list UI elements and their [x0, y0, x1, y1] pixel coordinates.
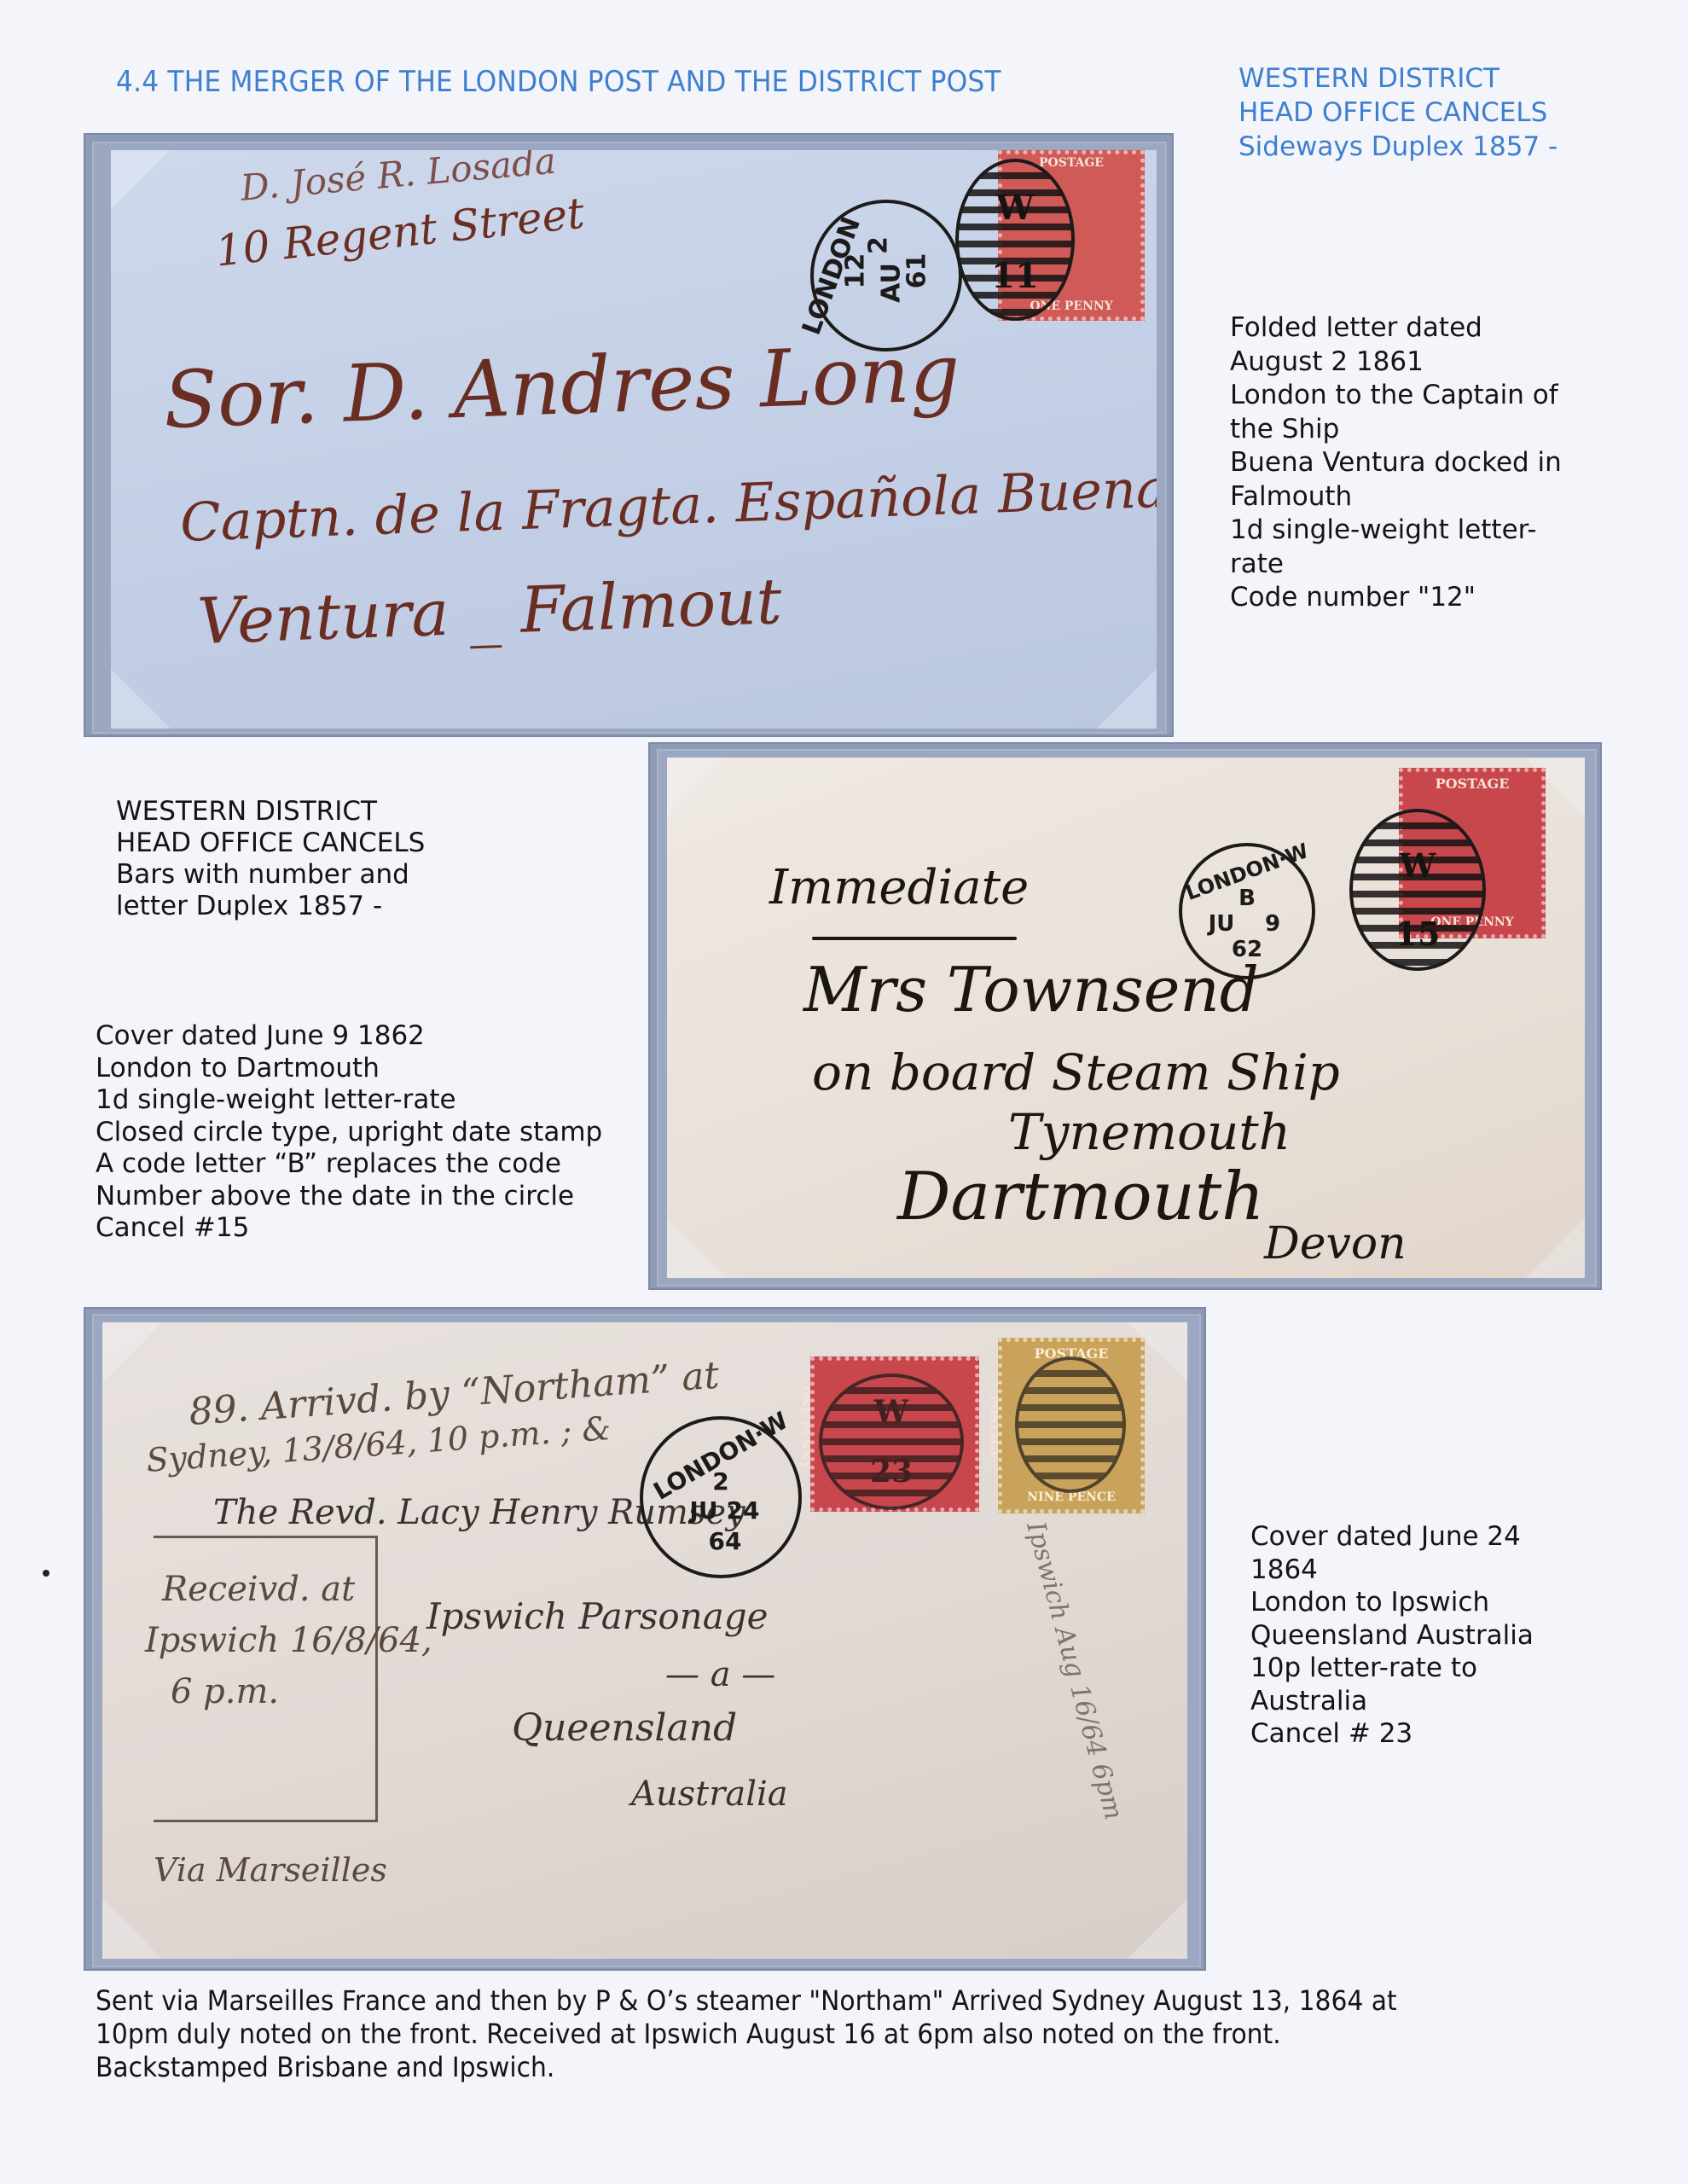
page-title: 4.4 THE MERGER OF THE LONDON POST AND TH… — [116, 65, 1001, 99]
address-line-3-handwriting: — a — — [665, 1655, 775, 1694]
datestamp-day: 9 — [1256, 911, 1290, 937]
header-line: Sideways Duplex 1857 - — [1238, 130, 1557, 164]
address-line-5-handwriting: Devon — [1264, 1218, 1407, 1269]
description-line: Folded letter dated — [1230, 311, 1562, 346]
caption-line: Backstamped Brisbane and Ipswich. — [96, 2051, 1397, 2084]
cover-3-description: Cover dated June 24 1864 London to Ipswi… — [1250, 1520, 1534, 1751]
duplex-obliterator: W 23 — [819, 1374, 964, 1510]
scan-speck — [43, 1570, 49, 1577]
description-line: rate — [1230, 548, 1562, 582]
description-line: Cancel #15 — [96, 1212, 602, 1245]
mount-corner — [111, 150, 171, 210]
header-line: letter Duplex 1857 - — [116, 891, 425, 922]
datestamp-month: JU — [682, 1496, 725, 1525]
obliterator-number: 23 — [822, 1454, 960, 1490]
section-header-sideways-duplex: WESTERN DISTRICT HEAD OFFICE CANCELS Sid… — [1238, 61, 1557, 164]
address-line-4-handwriting: Dartmouth — [897, 1159, 1264, 1235]
description-line: Cover dated June 9 1862 — [96, 1020, 602, 1053]
obliterator-letter: W — [959, 188, 1071, 228]
side-note-handwriting: Ipswich Aug 16/64 6pm — [1020, 1519, 1128, 1823]
header-line: Bars with number and — [116, 859, 425, 891]
header-line: WESTERN DISTRICT — [1238, 61, 1557, 96]
mount-corner — [1525, 1218, 1585, 1278]
page-caption: Sent via Marseilles France and then by P… — [96, 1984, 1397, 2084]
caption-line: 10pm duly noted on the front. Received a… — [96, 2018, 1397, 2051]
mount-corner — [102, 1322, 162, 1382]
description-line: Number above the date in the circle — [96, 1181, 602, 1213]
description-line: Queensland Australia — [1250, 1619, 1534, 1653]
description-line: Closed circle type, upright date stamp — [96, 1117, 602, 1149]
cover-2-envelope: Immediate Mrs Townsend on board Steam Sh… — [667, 758, 1585, 1278]
obliterator-number: 15 — [1353, 915, 1482, 953]
description-line: Code number "12" — [1230, 581, 1562, 615]
description-line: London to Dartmouth — [96, 1053, 602, 1085]
mount-corner — [667, 758, 727, 817]
duplex-obliterator: W 15 — [1349, 809, 1486, 971]
obliterator-letter: W — [822, 1394, 960, 1430]
description-line: Cover dated June 24 — [1250, 1520, 1534, 1554]
header-line: WESTERN DISTRICT — [116, 796, 425, 828]
address-line-2-handwriting: Ipswich Parsonage — [426, 1595, 769, 1637]
description-line: Australia — [1250, 1685, 1534, 1718]
header-line: HEAD OFFICE CANCELS — [1238, 96, 1557, 130]
duplex-obliterator-2 — [1015, 1356, 1126, 1493]
datestamp-year: 61 — [902, 250, 932, 293]
datestamp-year: 62 — [1221, 937, 1273, 962]
mount-corner — [1128, 1899, 1187, 1959]
address-line-3-handwriting: Tynemouth — [1008, 1103, 1291, 1161]
address-line-4-handwriting: Queensland — [512, 1706, 737, 1750]
section-header-bars-duplex: WESTERN DISTRICT HEAD OFFICE CANCELS Bar… — [116, 796, 425, 922]
received-note-line-3: 6 p.m. — [171, 1672, 279, 1711]
cover-1-description: Folded letter dated August 2 1861 London… — [1230, 311, 1562, 615]
obliterator-number: 11 — [959, 256, 1071, 296]
address-line-2-handwriting: on board Steam Ship — [812, 1043, 1340, 1101]
datestamp-day: 24 — [722, 1496, 764, 1525]
addressee-handwriting: Mrs Townsend — [803, 954, 1259, 1025]
caption-line: Sent via Marseilles France and then by P… — [96, 1984, 1397, 2018]
received-note-line-1: Receivd. at — [162, 1570, 355, 1609]
route-handwriting: Via Marseilles — [154, 1851, 387, 1889]
immediate-handwriting: Immediate — [769, 860, 1029, 915]
description-line: August 2 1861 — [1230, 346, 1562, 380]
header-line: HEAD OFFICE CANCELS — [116, 828, 425, 859]
mount-corner — [667, 1218, 727, 1278]
stamp-postage-label: POSTAGE — [1403, 775, 1541, 792]
duplex-obliterator: W 11 — [955, 159, 1075, 321]
address-line-2-handwriting: Captn. de la Fragta. Española Buena — [179, 457, 1157, 554]
description-line: London to Ipswich — [1250, 1586, 1534, 1619]
description-line: 1864 — [1250, 1554, 1534, 1587]
address-line-5-handwriting: Australia — [631, 1774, 788, 1814]
datestamp-year: 64 — [699, 1527, 751, 1555]
stamp-value-label: ONE PENNY — [798, 1385, 812, 1468]
mount-corner — [111, 669, 171, 729]
description-line: London to the Captain of — [1230, 379, 1562, 413]
description-line: A code letter “B” replaces the code — [96, 1148, 602, 1181]
description-line: Falmouth — [1230, 480, 1562, 514]
underline — [812, 937, 1017, 940]
description-line: Cancel # 23 — [1250, 1717, 1534, 1751]
description-line: the Ship — [1230, 413, 1562, 447]
description-line: 1d single-weight letter- — [1230, 514, 1562, 548]
received-note-line-2: Ipswich 16/8/64, — [145, 1621, 432, 1660]
description-line: 1d single-weight letter-rate — [96, 1084, 602, 1117]
description-line: Buena Ventura docked in — [1230, 446, 1562, 480]
obliterator-letter: W — [1353, 846, 1482, 885]
address-line-3-handwriting: Ventura _ Falmout — [196, 565, 783, 659]
mount-corner — [1097, 669, 1157, 729]
datestamp-code: B — [1196, 886, 1298, 911]
description-line: 10p letter-rate to — [1250, 1652, 1534, 1685]
datestamp-month: JU — [1196, 911, 1247, 937]
mount-corner — [102, 1899, 162, 1959]
addressee-handwriting: Sor. D. Andres Long — [162, 327, 961, 446]
cover-3-envelope: 89. Arrivd. by “Northam” at Sydney, 13/8… — [102, 1322, 1187, 1959]
cover-2-description: Cover dated June 9 1862 London to Dartmo… — [96, 1020, 602, 1245]
datestamp-code: 2 — [691, 1467, 751, 1496]
datestamp-day: 2 — [864, 229, 894, 263]
cover-1-envelope: D. José R. Losada 10 Regent Street Sor. … — [111, 150, 1157, 729]
